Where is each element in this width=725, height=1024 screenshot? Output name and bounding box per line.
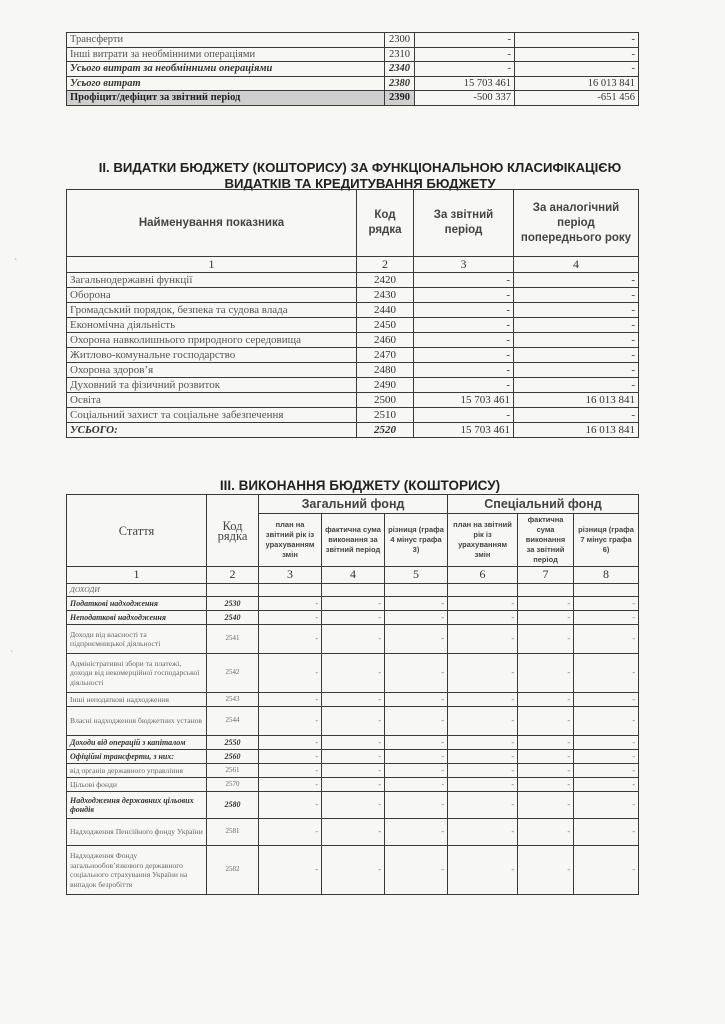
row-previous: -	[514, 363, 639, 378]
row-name: Усього витрат	[67, 76, 385, 91]
row-name: Економічна діяльність	[67, 318, 357, 333]
row-previous: -	[514, 273, 639, 288]
row-value: -	[385, 693, 448, 707]
row-name: Трансферти	[67, 33, 385, 48]
col-number: 3	[414, 257, 514, 273]
row-code: 2480	[357, 363, 414, 378]
row-current: 15 703 461	[415, 76, 515, 91]
row-code: 2561	[207, 764, 259, 778]
row-value: -	[448, 597, 518, 611]
row-previous: -651 456	[515, 91, 639, 106]
row-value: -	[322, 764, 385, 778]
row-current: -	[415, 62, 515, 77]
row-value: -	[259, 846, 322, 895]
table-row: Інші витрати за необмінними операціями23…	[67, 47, 639, 62]
row-value: -	[574, 707, 639, 736]
row-name: Загальнодержавні функції	[67, 273, 357, 288]
row-value: -	[322, 778, 385, 792]
row-value: -	[448, 778, 518, 792]
row-code: 2543	[207, 693, 259, 707]
row-value: -	[385, 764, 448, 778]
row-name: Офіційні трансферти, з них:	[67, 750, 207, 764]
row-previous: -	[514, 288, 639, 303]
row-name: Податкові надходження	[67, 597, 207, 611]
table-row: Надходження Пенсійного фонду України2581…	[67, 819, 639, 846]
section3-budget-execution-table: Стаття Код рядка Загальний фонд Спеціаль…	[66, 494, 639, 895]
row-value: -	[322, 611, 385, 625]
row-previous: -	[515, 33, 639, 48]
row-value: -	[518, 846, 574, 895]
table-row: Надходження Фонду загальнообов’язкового …	[67, 846, 639, 895]
row-value: -	[322, 597, 385, 611]
row-previous: 16 013 841	[515, 76, 639, 91]
row-value: -	[448, 707, 518, 736]
header-general-fund: Загальний фонд	[259, 495, 448, 514]
row-value: -	[574, 597, 639, 611]
section2-title: ІІ. ВИДАТКИ БЮДЖЕТУ (КОШТОРИСУ) ЗА ФУНКЦ…	[60, 160, 660, 192]
row-code: 2300	[385, 33, 415, 48]
row-value: -	[322, 625, 385, 654]
row-value: -	[385, 736, 448, 750]
table-row: Адміністративні збори та платежі, доходи…	[67, 654, 639, 693]
row-code: 2580	[207, 792, 259, 819]
row-current: -	[415, 47, 515, 62]
row-value: -	[448, 750, 518, 764]
row-name: Інші неподаткові надходження	[67, 693, 207, 707]
table-row: Доходи від операцій з капіталом2550-----…	[67, 736, 639, 750]
row-previous: -	[514, 303, 639, 318]
total-code: 2520	[357, 423, 414, 438]
row-value: -	[518, 750, 574, 764]
row-value: -	[574, 625, 639, 654]
row-name: Житлово-комунальне господарство	[67, 348, 357, 363]
row-code: 2440	[357, 303, 414, 318]
row-value: -	[322, 750, 385, 764]
row-code: 2430	[357, 288, 414, 303]
table-row: Соціальний захист та соціальне забезпече…	[67, 408, 639, 423]
row-code: 2390	[385, 91, 415, 106]
row-previous: 16 013 841	[514, 393, 639, 408]
row-code: 2500	[357, 393, 414, 408]
table-row: Житлово-комунальне господарство2470--	[67, 348, 639, 363]
header-actual-special: фактична сума виконання за звітний періо…	[518, 514, 574, 567]
row-value: -	[385, 819, 448, 846]
row-current: -	[415, 33, 515, 48]
section1-summary-table: Трансферти2300--Інші витрати за необмінн…	[66, 32, 639, 106]
row-previous: -	[514, 333, 639, 348]
total-current: 15 703 461	[414, 423, 514, 438]
col-number: 7	[518, 567, 574, 584]
row-value: -	[322, 792, 385, 819]
col-number: 6	[448, 567, 518, 584]
row-code: 2340	[385, 62, 415, 77]
row-value: -	[259, 625, 322, 654]
scan-mark: ˋ	[14, 258, 17, 269]
table-row: Інші неподаткові надходження2543------	[67, 693, 639, 707]
row-code: 2450	[357, 318, 414, 333]
header-special-fund: Спеціальний фонд	[448, 495, 639, 514]
row-value: -	[259, 778, 322, 792]
row-value: -	[448, 846, 518, 895]
row-value: -	[259, 707, 322, 736]
row-code: 2460	[357, 333, 414, 348]
row-name: Цільові фонди	[67, 778, 207, 792]
col-number: 1	[67, 257, 357, 273]
row-value: -	[518, 819, 574, 846]
row-name: Неподаткові надходження	[67, 611, 207, 625]
row-value: -	[448, 764, 518, 778]
header-plan: план на звітний рік із урахуванням змін	[259, 514, 322, 567]
row-name: Доходи від власності та підприємницької …	[67, 625, 207, 654]
row-value: -	[448, 693, 518, 707]
row-value: -	[518, 597, 574, 611]
row-value: -	[518, 611, 574, 625]
row-value: -	[574, 750, 639, 764]
row-name: Охорона здоров’я	[67, 363, 357, 378]
row-value: -	[574, 792, 639, 819]
row-value: -	[385, 625, 448, 654]
row-value: -	[385, 707, 448, 736]
row-code: 2510	[357, 408, 414, 423]
total-previous: 16 013 841	[514, 423, 639, 438]
row-value: -	[574, 654, 639, 693]
row-name: Соціальний захист та соціальне забезпече…	[67, 408, 357, 423]
row-code: 2570	[207, 778, 259, 792]
row-value: -	[574, 778, 639, 792]
col-number: 3	[259, 567, 322, 584]
row-value: -	[574, 736, 639, 750]
row-name: Профіцит/дефіцит за звітний період	[67, 91, 385, 106]
row-name: Інші витрати за необмінними операціями	[67, 47, 385, 62]
row-previous: -	[515, 47, 639, 62]
row-value: -	[259, 597, 322, 611]
row-value: -	[259, 750, 322, 764]
row-code: 2544	[207, 707, 259, 736]
col-number: 1	[67, 567, 207, 584]
row-current: 15 703 461	[414, 393, 514, 408]
row-code: 2550	[207, 736, 259, 750]
header-actual: фактична сума виконання за звітний періо…	[322, 514, 385, 567]
row-current: -	[414, 408, 514, 423]
row-value: -	[518, 792, 574, 819]
row-value: -	[385, 792, 448, 819]
row-current: -	[414, 318, 514, 333]
row-value: -	[259, 611, 322, 625]
row-name: Освіта	[67, 393, 357, 408]
table-row: Власні надходження бюджетних установ2544…	[67, 707, 639, 736]
row-value: -	[322, 654, 385, 693]
section2-functional-table: Найменування показника Код рядка За звіт…	[66, 189, 639, 438]
row-value: -	[259, 819, 322, 846]
header-diff-general: різниця (графа 4 мінус графа 3)	[385, 514, 448, 567]
row-current: -	[414, 378, 514, 393]
row-name: Надходження Пенсійного фонду України	[67, 819, 207, 846]
row-code: 2582	[207, 846, 259, 895]
row-value: -	[322, 693, 385, 707]
row-value: -	[259, 736, 322, 750]
header-name: Найменування показника	[67, 190, 357, 257]
row-value: -	[574, 846, 639, 895]
section-label: ДОХОДИ	[67, 584, 207, 597]
row-name: Духовний та фізичний розвиток	[67, 378, 357, 393]
total-row: УСЬОГО:252015 703 46116 013 841	[67, 423, 639, 438]
header-diff-special: різниця (графа 7 мінус графа 6)	[574, 514, 639, 567]
row-value: -	[518, 654, 574, 693]
row-value: -	[322, 707, 385, 736]
row-code: 2420	[357, 273, 414, 288]
row-code: 2380	[385, 76, 415, 91]
total-name: УСЬОГО:	[67, 423, 357, 438]
table-row: Надходження державних цільових фондів258…	[67, 792, 639, 819]
table-row: Офіційні трансферти, з них:2560------	[67, 750, 639, 764]
row-code: 2530	[207, 597, 259, 611]
row-value: -	[574, 764, 639, 778]
row-value: -	[518, 625, 574, 654]
section-label-row: ДОХОДИ	[67, 584, 639, 597]
row-current: -	[414, 348, 514, 363]
row-previous: -	[514, 318, 639, 333]
row-value: -	[448, 819, 518, 846]
row-current: -	[414, 333, 514, 348]
row-value: -	[385, 778, 448, 792]
table-row: Неподаткові надходження2540------	[67, 611, 639, 625]
row-value: -	[448, 611, 518, 625]
section3-title: ІІІ. ВИКОНАННЯ БЮДЖЕТУ (КОШТОРИСУ)	[60, 478, 660, 493]
row-value: -	[518, 778, 574, 792]
row-previous: -	[514, 408, 639, 423]
row-value: -	[518, 707, 574, 736]
header-plan-special: план на звітний рік із урахуванням змін	[448, 514, 518, 567]
row-value: -	[385, 597, 448, 611]
row-value: -	[322, 846, 385, 895]
row-current: -500 337	[415, 91, 515, 106]
row-previous: -	[514, 378, 639, 393]
row-previous: -	[515, 62, 639, 77]
row-value: -	[448, 792, 518, 819]
table-row: Цільові фонди2570------	[67, 778, 639, 792]
row-value: -	[448, 736, 518, 750]
table-row: Трансферти2300--	[67, 33, 639, 48]
table-row: Оборона2430--	[67, 288, 639, 303]
table-row: від органів державного управління2561---…	[67, 764, 639, 778]
row-value: -	[259, 654, 322, 693]
row-name: Доходи від операцій з капіталом	[67, 736, 207, 750]
row-code: 2540	[207, 611, 259, 625]
table-row: Профіцит/дефіцит за звітний період2390-5…	[67, 91, 639, 106]
row-name: Надходження Фонду загальнообов’язкового …	[67, 846, 207, 895]
row-value: -	[259, 764, 322, 778]
table-row: Усього витрат за необмінними операціями2…	[67, 62, 639, 77]
row-name: Надходження державних цільових фондів	[67, 792, 207, 819]
row-previous: -	[514, 348, 639, 363]
row-current: -	[414, 363, 514, 378]
row-value: -	[259, 792, 322, 819]
row-value: -	[448, 625, 518, 654]
row-value: -	[518, 693, 574, 707]
table-row: Економічна діяльність2450--	[67, 318, 639, 333]
header-code: Код рядка	[207, 495, 259, 567]
row-value: -	[574, 611, 639, 625]
row-value: -	[518, 764, 574, 778]
row-value: -	[385, 750, 448, 764]
row-code: 2581	[207, 819, 259, 846]
row-code: 2310	[385, 47, 415, 62]
scan-mark: ˋ	[10, 650, 13, 661]
header-article: Стаття	[67, 495, 207, 567]
header-code: Код рядка	[357, 190, 414, 257]
table-row: Охорона навколишнього природного середов…	[67, 333, 639, 348]
header-previous: За аналогічний період попереднього року	[514, 190, 639, 257]
header-current: За звітний період	[414, 190, 514, 257]
table-row: Громадський порядок, безпека та судова в…	[67, 303, 639, 318]
col-number: 5	[385, 567, 448, 584]
row-code: 2560	[207, 750, 259, 764]
row-code: 2541	[207, 625, 259, 654]
col-number: 2	[357, 257, 414, 273]
row-name: Охорона навколишнього природного середов…	[67, 333, 357, 348]
table-row: Податкові надходження2530------	[67, 597, 639, 611]
table-row: Доходи від власності та підприємницької …	[67, 625, 639, 654]
row-code: 2470	[357, 348, 414, 363]
table-row: Духовний та фізичний розвиток2490--	[67, 378, 639, 393]
row-name: від органів державного управління	[67, 764, 207, 778]
row-value: -	[322, 819, 385, 846]
row-name: Адміністративні збори та платежі, доходи…	[67, 654, 207, 693]
col-number: 4	[322, 567, 385, 584]
row-name: Власні надходження бюджетних установ	[67, 707, 207, 736]
row-value: -	[385, 611, 448, 625]
table-row: Загальнодержавні функції2420--	[67, 273, 639, 288]
row-value: -	[322, 736, 385, 750]
row-current: -	[414, 303, 514, 318]
table-row: Охорона здоров’я2480--	[67, 363, 639, 378]
row-value: -	[518, 736, 574, 750]
col-number: 4	[514, 257, 639, 273]
row-value: -	[259, 693, 322, 707]
row-name: Усього витрат за необмінними операціями	[67, 62, 385, 77]
row-value: -	[574, 819, 639, 846]
row-code: 2542	[207, 654, 259, 693]
row-value: -	[448, 654, 518, 693]
table-row: Усього витрат238015 703 46116 013 841	[67, 76, 639, 91]
col-number: 8	[574, 567, 639, 584]
row-current: -	[414, 273, 514, 288]
table-row: Освіта250015 703 46116 013 841	[67, 393, 639, 408]
row-current: -	[414, 288, 514, 303]
row-value: -	[574, 693, 639, 707]
row-value: -	[385, 846, 448, 895]
row-value: -	[385, 654, 448, 693]
row-name: Оборона	[67, 288, 357, 303]
col-number: 2	[207, 567, 259, 584]
row-code: 2490	[357, 378, 414, 393]
row-name: Громадський порядок, безпека та судова в…	[67, 303, 357, 318]
